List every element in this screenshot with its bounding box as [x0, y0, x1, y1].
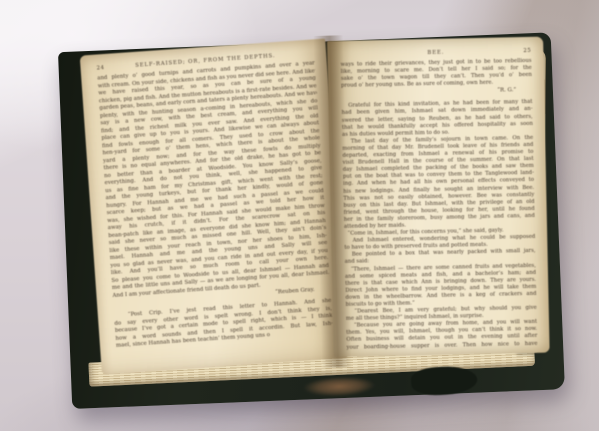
photo-background: 24 SELF-RAISED; OR, FROM THE DEPTHS. and…	[0, 0, 599, 431]
right-page: BEE. 25 ways to ride their grievances, t…	[327, 37, 550, 357]
left-page-number: 24	[96, 64, 114, 71]
right-page-number: 25	[513, 48, 531, 54]
right-body-text: Grateful for this kind invitation, as he…	[341, 99, 537, 351]
right-letter-end-text: ways to ride their grievances, they just…	[341, 58, 533, 90]
left-letter-text: and plenty o’ good turnips and carrots a…	[97, 60, 330, 300]
right-running-head: BEE.	[358, 48, 513, 57]
right-page-header: BEE. 25	[340, 48, 531, 58]
open-book: 24 SELF-RAISED; OR, FROM THE DEPTHS. and…	[50, 23, 585, 422]
worn-spine-patch	[291, 371, 388, 401]
left-page: 24 SELF-RAISED; OR, FROM THE DEPTHS. and…	[80, 39, 348, 375]
